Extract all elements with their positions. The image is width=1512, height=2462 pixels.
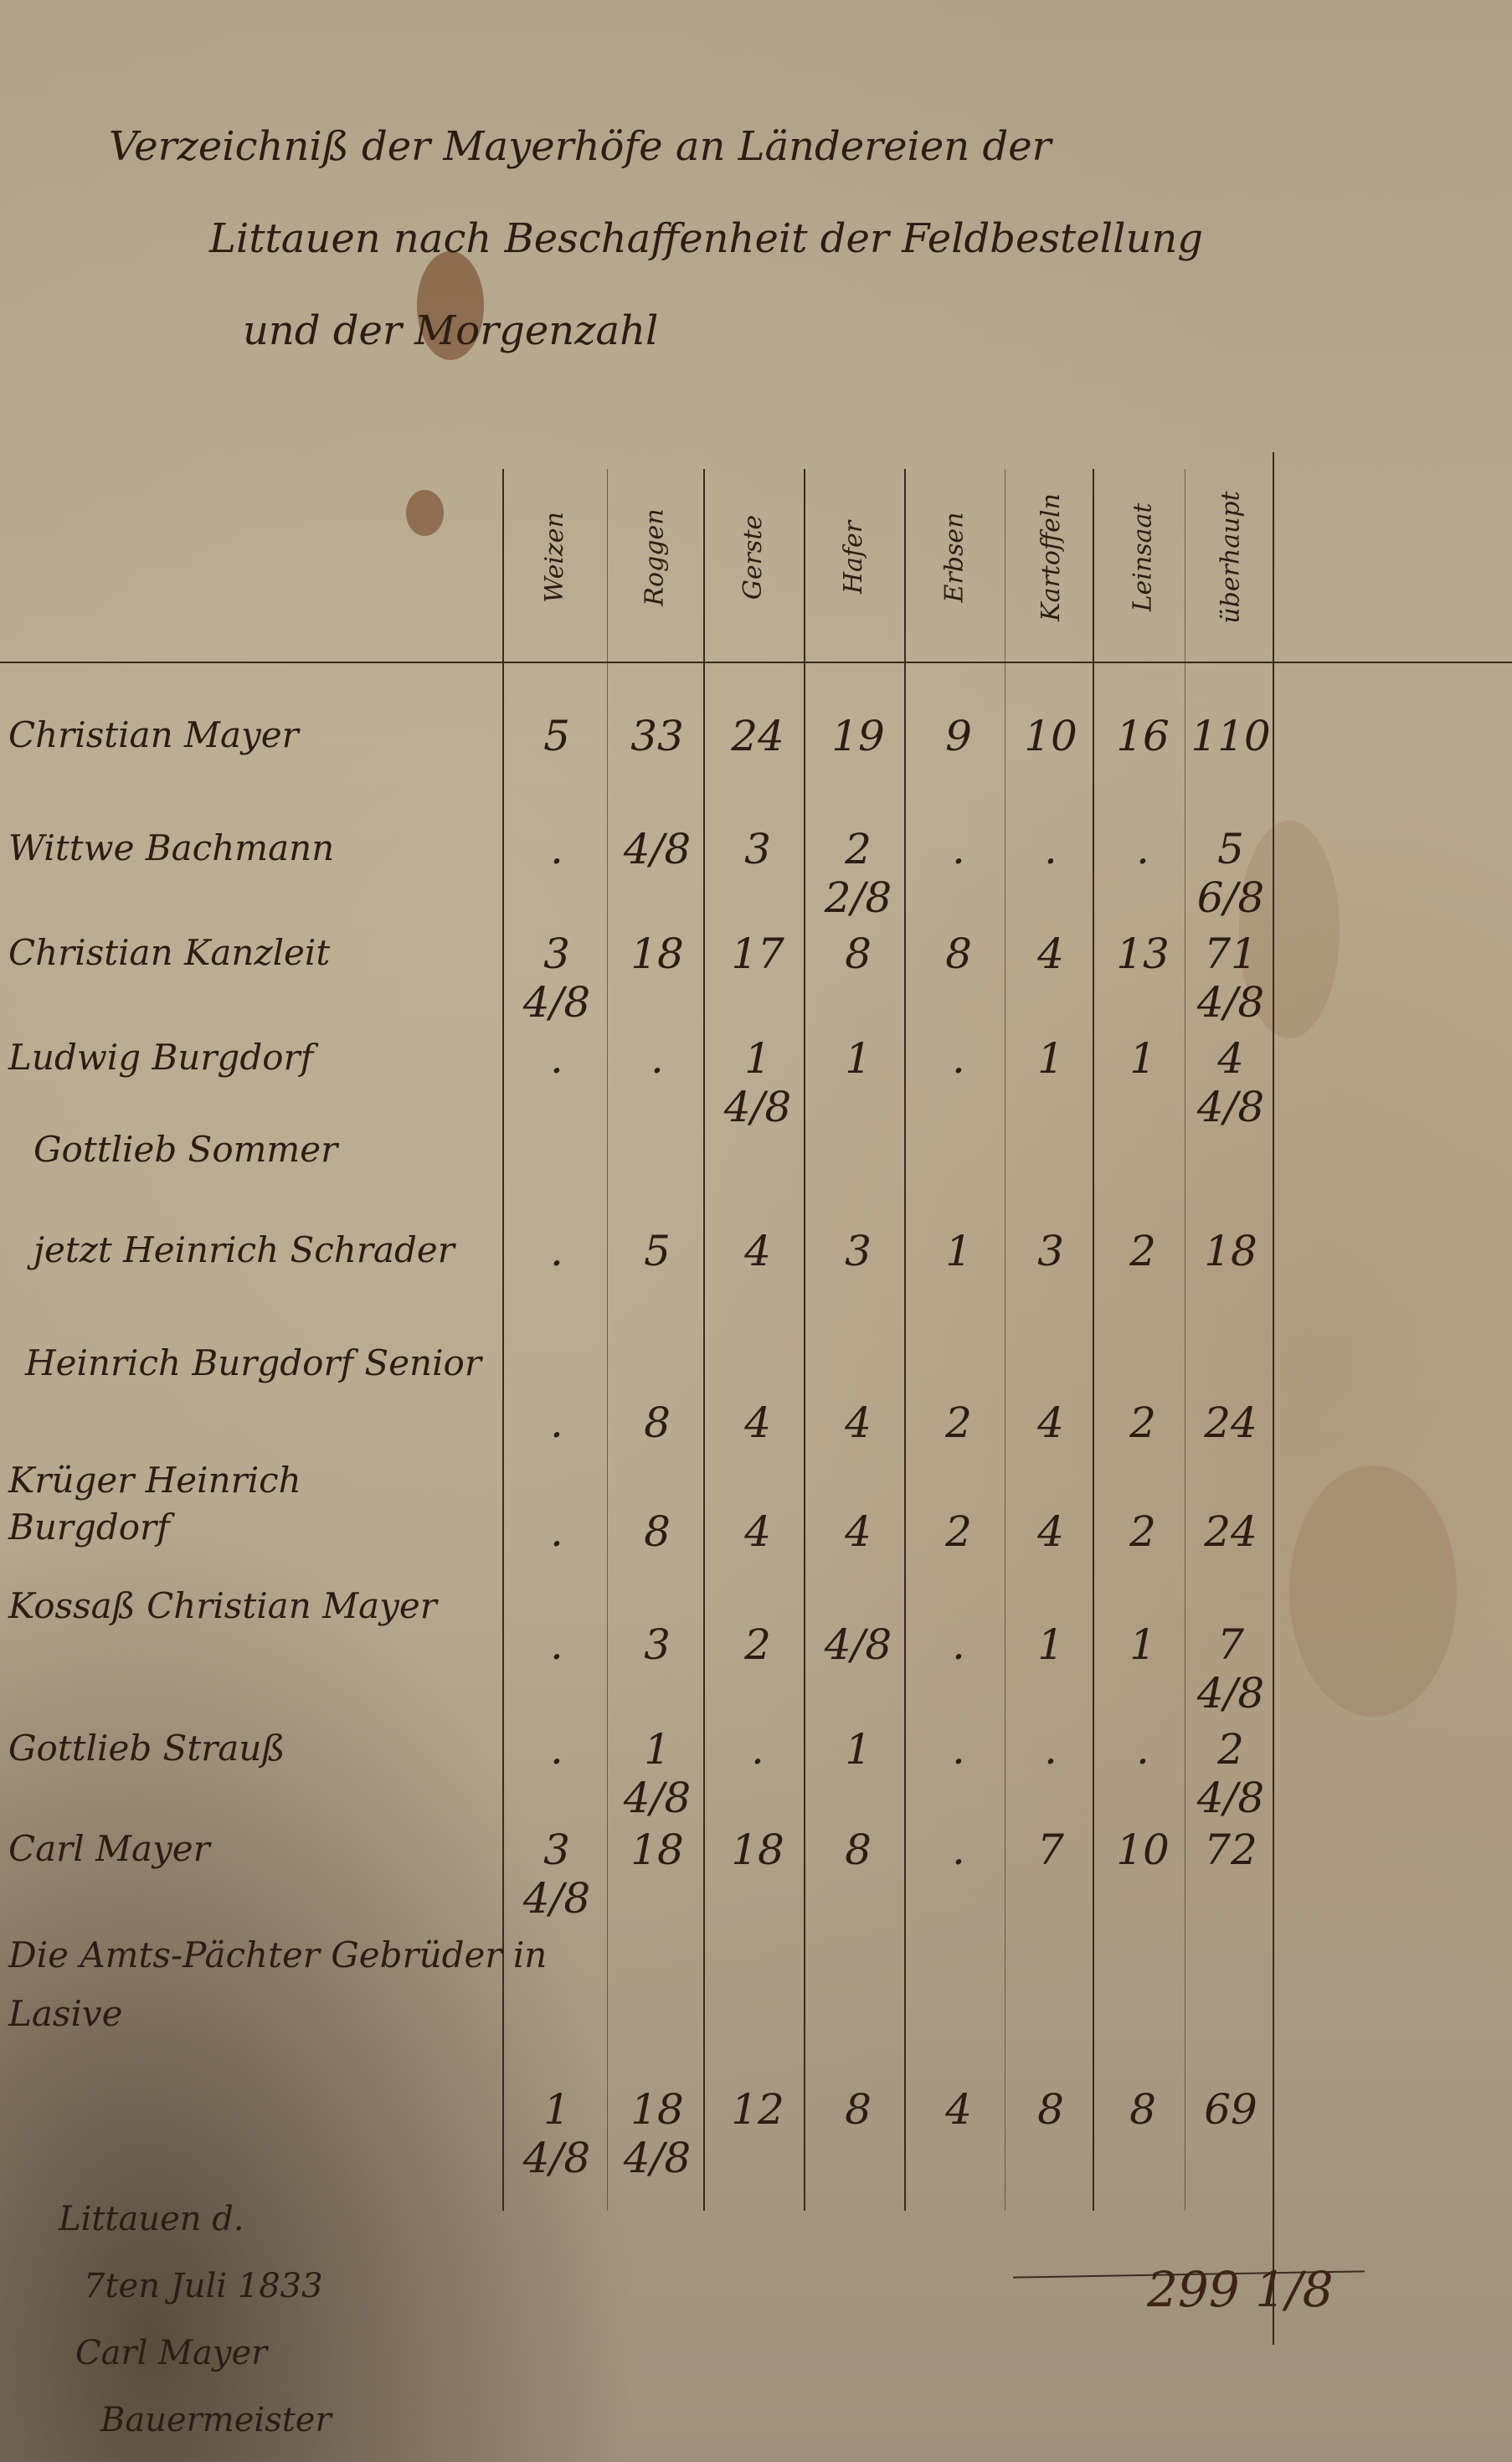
cell-total: 4 4/8 (1180, 1034, 1281, 1131)
cell-total: 5 6/8 (1180, 825, 1281, 922)
cell-kartoffeln: 3 (1000, 1227, 1101, 1275)
cell-total: 71 4/8 (1180, 930, 1281, 1027)
cell-hafer: 3 (808, 1227, 908, 1275)
cell-weizen: . (507, 1725, 607, 1774)
cell-roggen: 4/8 (607, 825, 707, 873)
cell-kartoffeln: 7 (1000, 1826, 1101, 1874)
signature-name: Carl Mayer (50, 2320, 332, 2387)
cell-leinsaat: 1 (1093, 1034, 1193, 1083)
cell-gerste: 17 (707, 930, 808, 978)
cell-erbsen: 2 (908, 1398, 1009, 1447)
cell-hafer: 4/8 (808, 1620, 908, 1669)
cell-gerste: 3 (707, 825, 808, 873)
cell-hafer: 2 2/8 (808, 825, 908, 922)
manuscript-page: Verzeichniß der Mayerhöfe an Ländereien … (0, 0, 1512, 2462)
cell-roggen: 18 4/8 (607, 2085, 707, 2182)
date-line: 7ten Juli 1833 (50, 2253, 332, 2320)
cell-roggen: 8 (607, 1398, 707, 1447)
column-header-gerste: Gerste (728, 452, 779, 662)
cell-weizen: . (507, 1620, 607, 1669)
title-line-3: und der Morgenzahl (100, 285, 1473, 377)
title-line-2: Littauen nach Beschaffenheit der Feldbes… (100, 193, 1473, 285)
cell-gerste: 1 4/8 (707, 1034, 808, 1131)
cell-total: 7 4/8 (1180, 1620, 1281, 1718)
cell-roggen: 18 (607, 1826, 707, 1874)
column-header-kartoffeln: Kartoffeln (1026, 452, 1076, 662)
cell-erbsen: 1 (908, 1227, 1009, 1275)
cell-weizen: 5 (507, 712, 607, 760)
grand-total: 299 1/8 (1147, 2261, 1333, 2318)
cell-kartoffeln: 1 (1000, 1034, 1101, 1083)
row-name: Heinrich Burgdorf Senior (25, 1340, 511, 1387)
cell-hafer: 8 (808, 930, 908, 978)
cell-kartoffeln: 10 (1000, 712, 1101, 760)
cell-erbsen: . (908, 1620, 1009, 1669)
cell-roggen: 18 (607, 930, 707, 978)
row-name: Ludwig Burgdorf (8, 1034, 494, 1081)
signature-block: Littauen d. 7ten Juli 1833 Carl Mayer Ba… (50, 2186, 332, 2454)
column-header-leinsaat: Leinsaat (1118, 452, 1168, 662)
cell-erbsen: 2 (908, 1507, 1009, 1556)
cell-kartoffeln: . (1000, 825, 1101, 873)
cell-roggen: . (607, 1034, 707, 1083)
cell-gerste: 4 (707, 1507, 808, 1556)
row-name: jetzt Heinrich Schrader (33, 1227, 519, 1274)
column-header-ueberhaupt: überhaupt (1206, 452, 1256, 662)
row-name: Christian Kanzleit (8, 930, 494, 976)
column-header-weizen: Weizen (529, 452, 579, 662)
cell-weizen: . (507, 1034, 607, 1083)
column-header-roggen: Roggen (630, 452, 680, 662)
cell-gerste: . (707, 1725, 808, 1774)
cell-leinsaat: . (1093, 1725, 1193, 1774)
cell-total: 72 (1180, 1826, 1281, 1874)
cell-weizen: . (507, 1398, 607, 1447)
ink-stain (406, 490, 444, 536)
cell-gerste: 2 (707, 1620, 808, 1669)
cell-gerste: 24 (707, 712, 808, 760)
cell-hafer: 8 (808, 1826, 908, 1874)
document-title: Verzeichniß der Mayerhöfe an Ländereien … (100, 100, 1473, 377)
cell-leinsaat: 2 (1093, 1507, 1193, 1556)
row-name: Die Amts-Pächter Gebrüder in Lasive (8, 1926, 561, 2043)
column-header-hafer: Hafer (829, 452, 879, 662)
cell-leinsaat: 2 (1093, 1227, 1193, 1275)
cell-kartoffeln: . (1000, 1725, 1101, 1774)
cell-total: 69 (1180, 2085, 1281, 2134)
cell-erbsen: 8 (908, 930, 1009, 978)
cell-gerste: 4 (707, 1398, 808, 1447)
cell-hafer: 4 (808, 1398, 908, 1447)
title-line-1: Verzeichniß der Mayerhöfe an Ländereien … (100, 100, 1473, 193)
cell-hafer: 8 (808, 2085, 908, 2134)
cell-kartoffeln: 4 (1000, 930, 1101, 978)
cell-weizen: . (507, 1227, 607, 1275)
water-stain (1289, 1465, 1457, 1717)
cell-leinsaat: 8 (1093, 2085, 1193, 2134)
column-header-erbsen: Erbsen (929, 452, 980, 662)
cell-weizen: . (507, 825, 607, 873)
cell-roggen: 1 4/8 (607, 1725, 707, 1822)
cell-hafer: 1 (808, 1725, 908, 1774)
header-rule (0, 662, 1512, 663)
cell-total: 18 (1180, 1227, 1281, 1275)
cell-gerste: 18 (707, 1826, 808, 1874)
cell-erbsen: . (908, 1725, 1009, 1774)
cell-gerste: 12 (707, 2085, 808, 2134)
cell-roggen: 3 (607, 1620, 707, 1669)
cell-hafer: 19 (808, 712, 908, 760)
row-name: Christian Mayer (8, 712, 494, 759)
cell-roggen: 8 (607, 1507, 707, 1556)
cell-erbsen: 4 (908, 2085, 1009, 2134)
cell-leinsaat: 2 (1093, 1398, 1193, 1447)
place-line: Littauen d. (50, 2186, 332, 2253)
cell-hafer: 4 (808, 1507, 908, 1556)
cell-erbsen: . (908, 1034, 1009, 1083)
cell-leinsaat: 13 (1093, 930, 1193, 978)
cell-kartoffeln: 1 (1000, 1620, 1101, 1669)
cell-kartoffeln: 4 (1000, 1398, 1101, 1447)
cell-weizen: . (507, 1507, 607, 1556)
cell-gerste: 4 (707, 1227, 808, 1275)
cell-total: 24 (1180, 1507, 1281, 1556)
cell-weizen: 3 4/8 (507, 1826, 607, 1923)
cell-erbsen: 9 (908, 712, 1009, 760)
cell-weizen: 1 4/8 (507, 2085, 607, 2182)
signature-role: Bauermeister (50, 2387, 332, 2454)
cell-kartoffeln: 8 (1000, 2085, 1101, 2134)
cell-erbsen: . (908, 1826, 1009, 1874)
cell-leinsaat: 16 (1093, 712, 1193, 760)
row-name: Carl Mayer (8, 1826, 494, 1872)
row-name: Krüger Heinrich Burgdorf (8, 1457, 427, 1551)
cell-leinsaat: . (1093, 825, 1193, 873)
cell-kartoffeln: 4 (1000, 1507, 1101, 1556)
cell-total: 24 (1180, 1398, 1281, 1447)
row-name: Gottlieb Strauß (8, 1725, 494, 1772)
cell-leinsaat: 10 (1093, 1826, 1193, 1874)
cell-leinsaat: 1 (1093, 1620, 1193, 1669)
cell-hafer: 1 (808, 1034, 908, 1083)
cell-total: 110 (1180, 712, 1281, 760)
row-name: Wittwe Bachmann (8, 825, 494, 872)
row-name: Gottlieb Sommer (33, 1126, 519, 1173)
cell-roggen: 5 (607, 1227, 707, 1275)
cell-total: 2 4/8 (1180, 1725, 1281, 1822)
cell-erbsen: . (908, 825, 1009, 873)
row-name: Kossaß Christian Mayer (8, 1583, 444, 1630)
cell-weizen: 3 4/8 (507, 930, 607, 1027)
cell-roggen: 33 (607, 712, 707, 760)
